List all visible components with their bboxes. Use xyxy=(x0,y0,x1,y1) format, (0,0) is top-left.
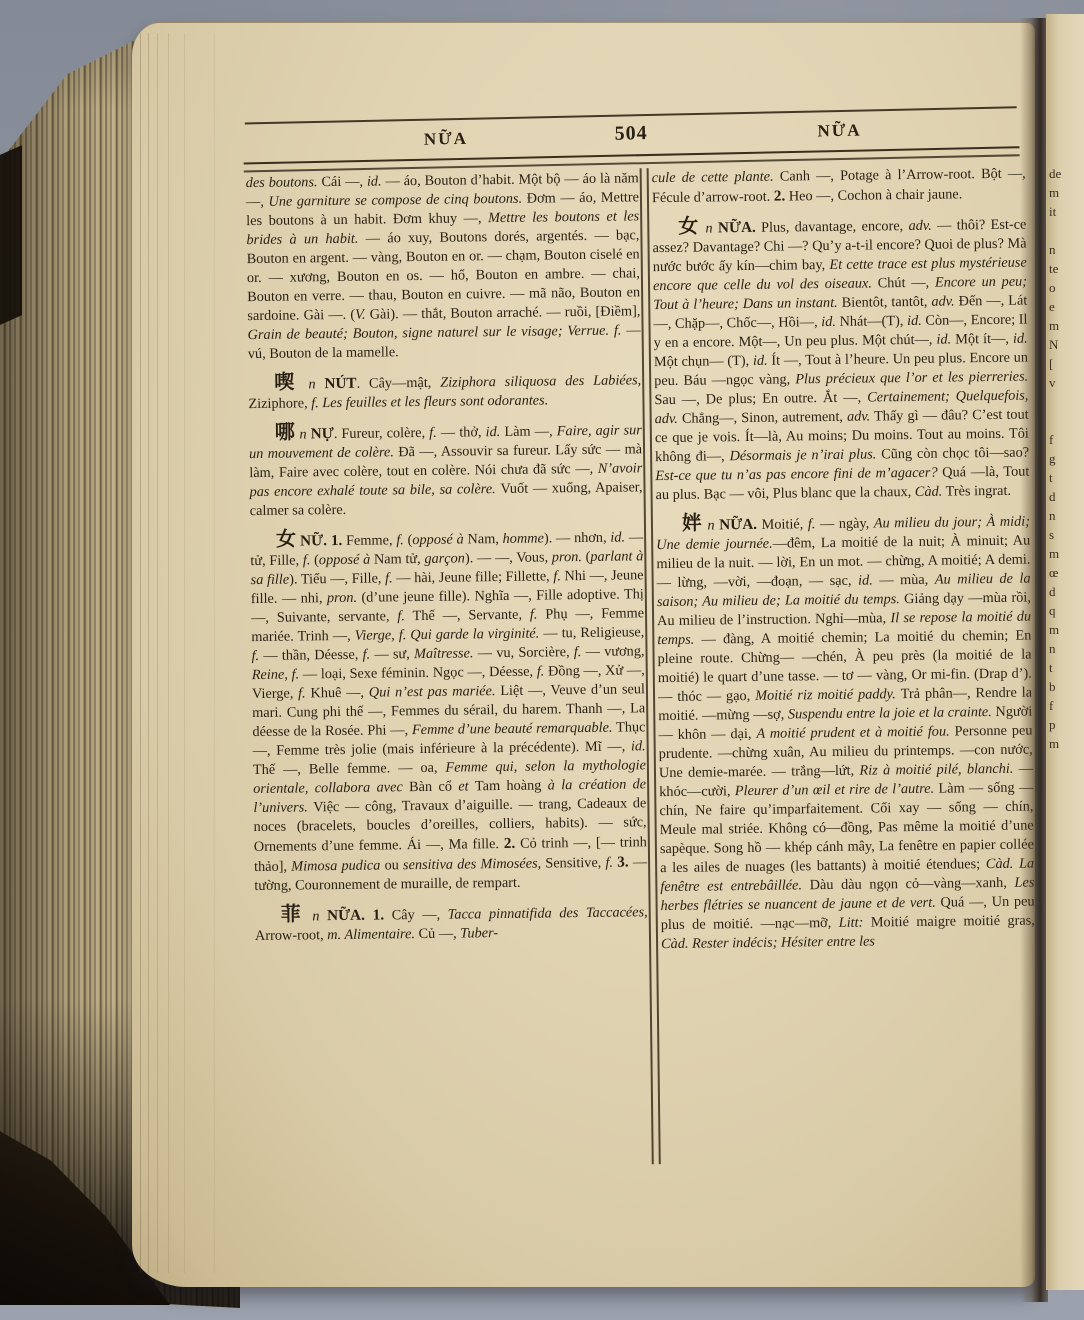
text-segment: Sau —, De plus; En outre. Ắt —, xyxy=(654,390,867,409)
text-segment: id. xyxy=(486,424,501,440)
next-page-sliver: de m it n te o e m N [ v f g t d n s m œ… xyxy=(1046,14,1084,1290)
text-segment: Càd. Rester indécis; Hésiter entre les xyxy=(661,933,875,952)
text-segment: id. xyxy=(610,529,625,545)
text-segment: NỮA. xyxy=(718,219,756,236)
text-segment: — hài, Jeune fille; Fillette, xyxy=(393,568,554,586)
text-segment: ( xyxy=(310,552,319,568)
dictionary-paragraph: 哪 n NỰ. Fureur, colère, f. — thở, id. Là… xyxy=(249,418,643,521)
text-segment: . Fureur, colère, xyxy=(334,425,430,442)
text-segment: Cũng còn chọc tôi—sao? xyxy=(881,445,1029,463)
text-segment: adv. xyxy=(847,408,870,424)
page-content: NỮA 504 NỮA des boutons. Cái —, id. — áo… xyxy=(126,18,1044,1293)
text-segment: Củ —, xyxy=(415,926,460,943)
text-segment: ). Tiểu —, Fille, xyxy=(289,570,385,587)
text-segment: NỮ. 1. xyxy=(300,532,342,550)
text-segment: Désormais je n’irai plus. xyxy=(729,446,881,464)
text-segment: id. xyxy=(367,173,382,189)
text-segment: V. xyxy=(355,307,370,323)
text-segment: Ziziphore, xyxy=(248,395,311,412)
text-segment: NỮA. xyxy=(719,516,757,533)
text-segment: pron. xyxy=(327,590,357,606)
text-segment: adv. xyxy=(931,293,954,309)
text-segment: f. xyxy=(429,425,437,441)
text-column-right: cule de cette plante. Canh —, Potage à l… xyxy=(652,165,1036,964)
text-segment: Một chụn— (T), xyxy=(654,353,753,370)
text-segment: Plus, davantage, encore, xyxy=(756,218,909,236)
text-segment: Pleurer d’un œil et rire de l’autre. xyxy=(735,781,939,799)
text-segment: Suspendu entre la joie et la crainte. xyxy=(788,704,996,723)
text-segment: 3. xyxy=(617,853,629,870)
text-segment: — mùa, xyxy=(873,572,935,589)
text-segment: Moitié riz moitié paddy. xyxy=(755,686,901,704)
text-segment: Tuber- xyxy=(460,925,498,941)
text-segment: Cây —, xyxy=(384,907,448,924)
text-segment: id. xyxy=(907,313,922,329)
text-segment: — vu, Sorcière, xyxy=(473,644,574,661)
text-segment: Moitié maigre moitié gras, xyxy=(871,913,1035,931)
text-segment: f. Les feuilles et les fleurs sont odora… xyxy=(311,392,548,411)
text-segment: — thở, xyxy=(437,424,486,441)
text-segment: f. xyxy=(251,648,259,664)
text-segment: f. xyxy=(363,647,371,663)
text-segment: Gài). — thắt, Bouton arraché. — ruồi, [Đ… xyxy=(370,303,641,322)
text-segment: n xyxy=(295,426,311,442)
text-segment: Dàu dàu ngọn cỏ—vàng—xanh, xyxy=(810,875,1015,894)
gutter-shadow xyxy=(1020,18,1048,1302)
page-number: 504 xyxy=(614,122,647,146)
text-segment: — vương, xyxy=(581,643,644,660)
text-segment: n xyxy=(703,517,719,533)
text-segment: sensitiva des Mimosées, xyxy=(403,855,546,873)
text-segment: et xyxy=(458,778,475,794)
text-segment: Nam, xyxy=(467,531,502,547)
dictionary-paragraph: des boutons. Cái —, id. — áo, Bouton d’h… xyxy=(246,169,641,364)
text-segment: Nhát—(T), xyxy=(836,313,907,330)
text-segment: — loại, Sexe féminin. Ngọc —, Déesse, xyxy=(299,664,537,683)
text-segment: Chẳng—, Sinon, autrement, xyxy=(682,409,847,427)
text-segment: Mimosa pudica xyxy=(291,857,385,874)
text-segment: Vierge, f. Qui garde la virginité. xyxy=(355,626,540,644)
text-segment: id. xyxy=(821,314,836,330)
text-segment: Plus précieux que l’or et les pierreries… xyxy=(795,369,1028,388)
text-segment: 哪 xyxy=(275,420,296,444)
text-segment: id. xyxy=(631,738,646,754)
header-word-left: NỮA xyxy=(424,129,469,150)
text-segment: ). — —, Vous, xyxy=(465,549,552,566)
book-cover-edge xyxy=(0,145,22,325)
text-segment: Bàn cổ xyxy=(409,779,458,796)
text-segment: f. xyxy=(397,608,405,624)
text-segment: Très ingrat. xyxy=(942,483,1011,500)
text-segment: NỮA. 1. xyxy=(327,906,384,924)
text-segment: Tacca pinnatifida des Taccacées, xyxy=(448,904,648,922)
text-segment: des boutons. xyxy=(246,174,322,191)
text-segment: 喫 xyxy=(274,369,300,393)
text-segment: n xyxy=(700,220,718,236)
text-segment: 2. xyxy=(774,188,786,205)
text-segment: Sensitive, xyxy=(545,855,605,872)
text-segment: Nam tử, xyxy=(374,551,425,568)
dictionary-paragraph: 女 n NỮA. Plus, davantage, encore, adv. —… xyxy=(652,213,1029,506)
main-page: NỮA 504 NỮA des boutons. Cái —, id. — áo… xyxy=(132,22,1035,1287)
text-segment: Càd. xyxy=(915,484,943,500)
text-segment: A moitié prudent et à moitié fou. xyxy=(756,723,954,741)
dictionary-paragraph: cule de cette plante. Canh —, Potage à l… xyxy=(652,165,1026,209)
text-segment: n xyxy=(305,908,328,924)
text-segment: Cái —, xyxy=(321,174,367,191)
text-segment: Riz à moitié pilé, blanchi. xyxy=(859,761,1018,779)
text-column-left: des boutons. Cái —, id. — áo, Bouton d’h… xyxy=(246,169,649,955)
text-segment: Arrow-root, xyxy=(255,927,327,944)
text-segment: Thế —, Belle femme. — oa, xyxy=(253,760,446,778)
text-segment: — tu, Religieuse, xyxy=(539,624,644,641)
text-segment: — thần, Déesse, xyxy=(259,647,363,664)
text-segment: opposé à xyxy=(319,552,374,569)
text-segment: Maîtresse. xyxy=(414,645,474,662)
text-segment: Qui n’est pas mariée. xyxy=(369,683,496,701)
text-segment: . Cây—mật, xyxy=(356,375,440,392)
text-segment: Một ít—, xyxy=(951,331,1013,348)
text-segment: Chút —, xyxy=(878,275,935,292)
running-header: NỮA 504 NỮA xyxy=(245,106,1018,172)
text-segment: — sư, xyxy=(370,646,414,663)
text-segment: f. xyxy=(605,855,617,871)
text-segment: ou xyxy=(384,857,403,873)
text-segment: id. xyxy=(753,353,768,369)
dictionary-paragraph: 姅 n NỮA. Moitié, f. — ngày, Au milieu du… xyxy=(656,510,1035,955)
text-segment: NÚT xyxy=(324,375,356,392)
text-segment: — ngày, xyxy=(815,515,874,532)
text-segment: n xyxy=(299,376,324,392)
header-word-right: NỮA xyxy=(817,121,862,142)
book-photo: { "header": { "left_word": "NỮA", "page_… xyxy=(0,0,1084,1320)
text-segment: Litt: xyxy=(839,915,871,931)
text-segment: Est-ce que tu n’as pas encore fini de m’… xyxy=(655,465,942,485)
text-segment: Tam hoàng xyxy=(475,777,548,794)
text-segment: Heo —, Cochon à chair jaune. xyxy=(785,186,962,204)
dictionary-paragraph: 菲 n NỮA. 1. Cây —, Tacca pinnatifida des… xyxy=(255,900,648,946)
text-segment: 菲 xyxy=(281,901,305,925)
text-segment: Moitié, xyxy=(757,516,808,533)
text-segment: 2. xyxy=(504,835,516,852)
text-segment: cule de cette plante. xyxy=(652,169,780,187)
text-segment: opposé à xyxy=(412,531,467,548)
text-segment: pron. xyxy=(552,549,586,565)
text-segment: Ziziphora siliquosa des Labiées, xyxy=(440,372,641,390)
text-segment: 女 xyxy=(276,527,296,551)
text-segment: id. xyxy=(858,572,873,588)
text-segment: id. xyxy=(936,331,951,347)
text-segment: f. xyxy=(298,685,306,701)
text-segment: m. Alimentaire. xyxy=(327,926,415,943)
text-segment: 姅 xyxy=(682,511,703,535)
dictionary-paragraph: 喫 n NÚT. Cây—mật, Ziziphora siliquosa de… xyxy=(248,368,641,414)
text-segment: Bientôt, tantôt, xyxy=(842,294,932,311)
text-segment: Une garniture se compose de cinq boutons… xyxy=(268,191,526,210)
text-segment: adv. xyxy=(908,218,931,234)
text-segment: Khuê —, xyxy=(306,685,369,702)
text-segment: Grain de beauté; Bouton, signe naturel s… xyxy=(248,322,627,343)
text-segment: Femme d’une beauté remarquable. xyxy=(412,720,613,738)
text-segment: Làm —, xyxy=(500,423,557,440)
edge-text-fragments: de m it n te o e m N [ v f g t d n s m œ… xyxy=(1049,164,1079,1214)
dictionary-paragraph: 女 NỮ. 1. Femme, f. (opposé à Nam, homme)… xyxy=(250,525,647,896)
text-segment: 女 xyxy=(678,214,700,238)
text-segment: Reine, f. xyxy=(252,666,300,683)
text-segment: homme xyxy=(503,530,544,547)
text-segment: f. xyxy=(574,644,582,660)
text-segment: ). — nhơn, xyxy=(544,530,611,547)
text-segment: NỰ xyxy=(311,425,334,442)
text-segment: garçon xyxy=(424,550,465,566)
text-segment: Femme, xyxy=(342,532,396,549)
text-segment: f. xyxy=(537,663,545,679)
text-segment: Thế —, Servante, xyxy=(405,607,530,625)
